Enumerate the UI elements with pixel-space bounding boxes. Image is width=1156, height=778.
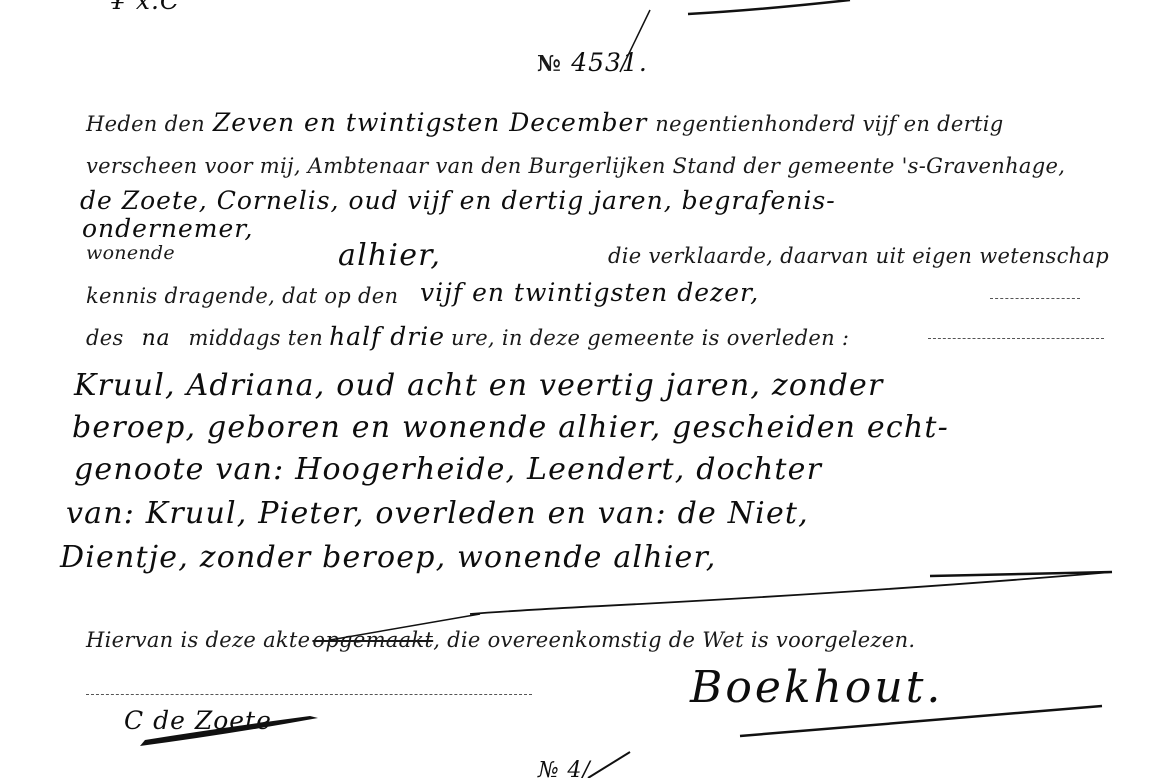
printed-voorgelezen: , die overeenkomstig de Wet is voorgelez… bbox=[433, 628, 915, 652]
deceased-line-2: beroep, geboren en wonende alhier, gesch… bbox=[72, 410, 949, 445]
date-line: Heden den Zeven en twintigsten December … bbox=[86, 108, 1003, 137]
handwritten-date: Zeven en twintigsten December bbox=[213, 108, 647, 137]
declarant-occupation: ondernemer, bbox=[82, 214, 253, 243]
printed-hiervan: Hiervan is deze akte bbox=[86, 628, 310, 652]
record-number: № 4531. bbox=[537, 48, 648, 77]
declarant-details: de Zoete, Cornelis, oud vijf en dertig j… bbox=[80, 186, 836, 215]
deceased-line-3: genoote van: Hoogerheide, Leendert, doch… bbox=[74, 452, 822, 487]
printed-des: des bbox=[86, 326, 124, 350]
printed-heden-den: Heden den bbox=[86, 112, 205, 136]
handwritten-death-date: vijf en twintigsten dezer, bbox=[420, 278, 759, 307]
declarant-signature: C de Zoete bbox=[124, 706, 272, 735]
declarant-residence: alhier, bbox=[338, 238, 441, 273]
printed-middags: middags ten bbox=[188, 326, 323, 350]
deceased-line-4: van: Kruul, Pieter, overleden en van: de… bbox=[66, 496, 809, 531]
printed-kennis: kennis dragende, dat op den bbox=[86, 284, 398, 308]
deceased-line-5: Dientje, zonder beroep, wonende alhier, bbox=[60, 540, 716, 575]
signature-separator bbox=[86, 694, 532, 695]
closing-line: Hiervan is deze akteopgemaakt, die overe… bbox=[86, 628, 915, 652]
fill-line bbox=[928, 338, 1104, 339]
struck-word: opgemaakt bbox=[312, 628, 433, 652]
handwritten-hour: half drie bbox=[329, 322, 445, 351]
registrar-signature: Boekhout. bbox=[690, 662, 943, 713]
printed-year: negentienhonderd vijf en dertig bbox=[655, 112, 1003, 136]
appearance-line: verscheen voor mij, Ambtenaar van den Bu… bbox=[86, 154, 1065, 178]
time-line: des na middags ten half drie ure, in dez… bbox=[86, 322, 849, 351]
handwritten-ampm: na bbox=[142, 326, 171, 351]
next-record-fragment: № 4/ bbox=[538, 758, 590, 778]
printed-overleden: ure, in deze gemeente is overleden : bbox=[451, 326, 849, 350]
printed-wonende: wonende bbox=[86, 242, 175, 264]
record-number-value: 4531. bbox=[571, 48, 648, 77]
printed-declared: die verklaarde, daarvan uit eigen wetens… bbox=[608, 244, 1109, 268]
fill-line bbox=[990, 298, 1080, 299]
number-sign: № bbox=[537, 51, 561, 77]
previous-record-fragment: ¥ x.C bbox=[110, 0, 180, 15]
deceased-line-1: Kruul, Adriana, oud acht en veertig jare… bbox=[74, 368, 884, 403]
